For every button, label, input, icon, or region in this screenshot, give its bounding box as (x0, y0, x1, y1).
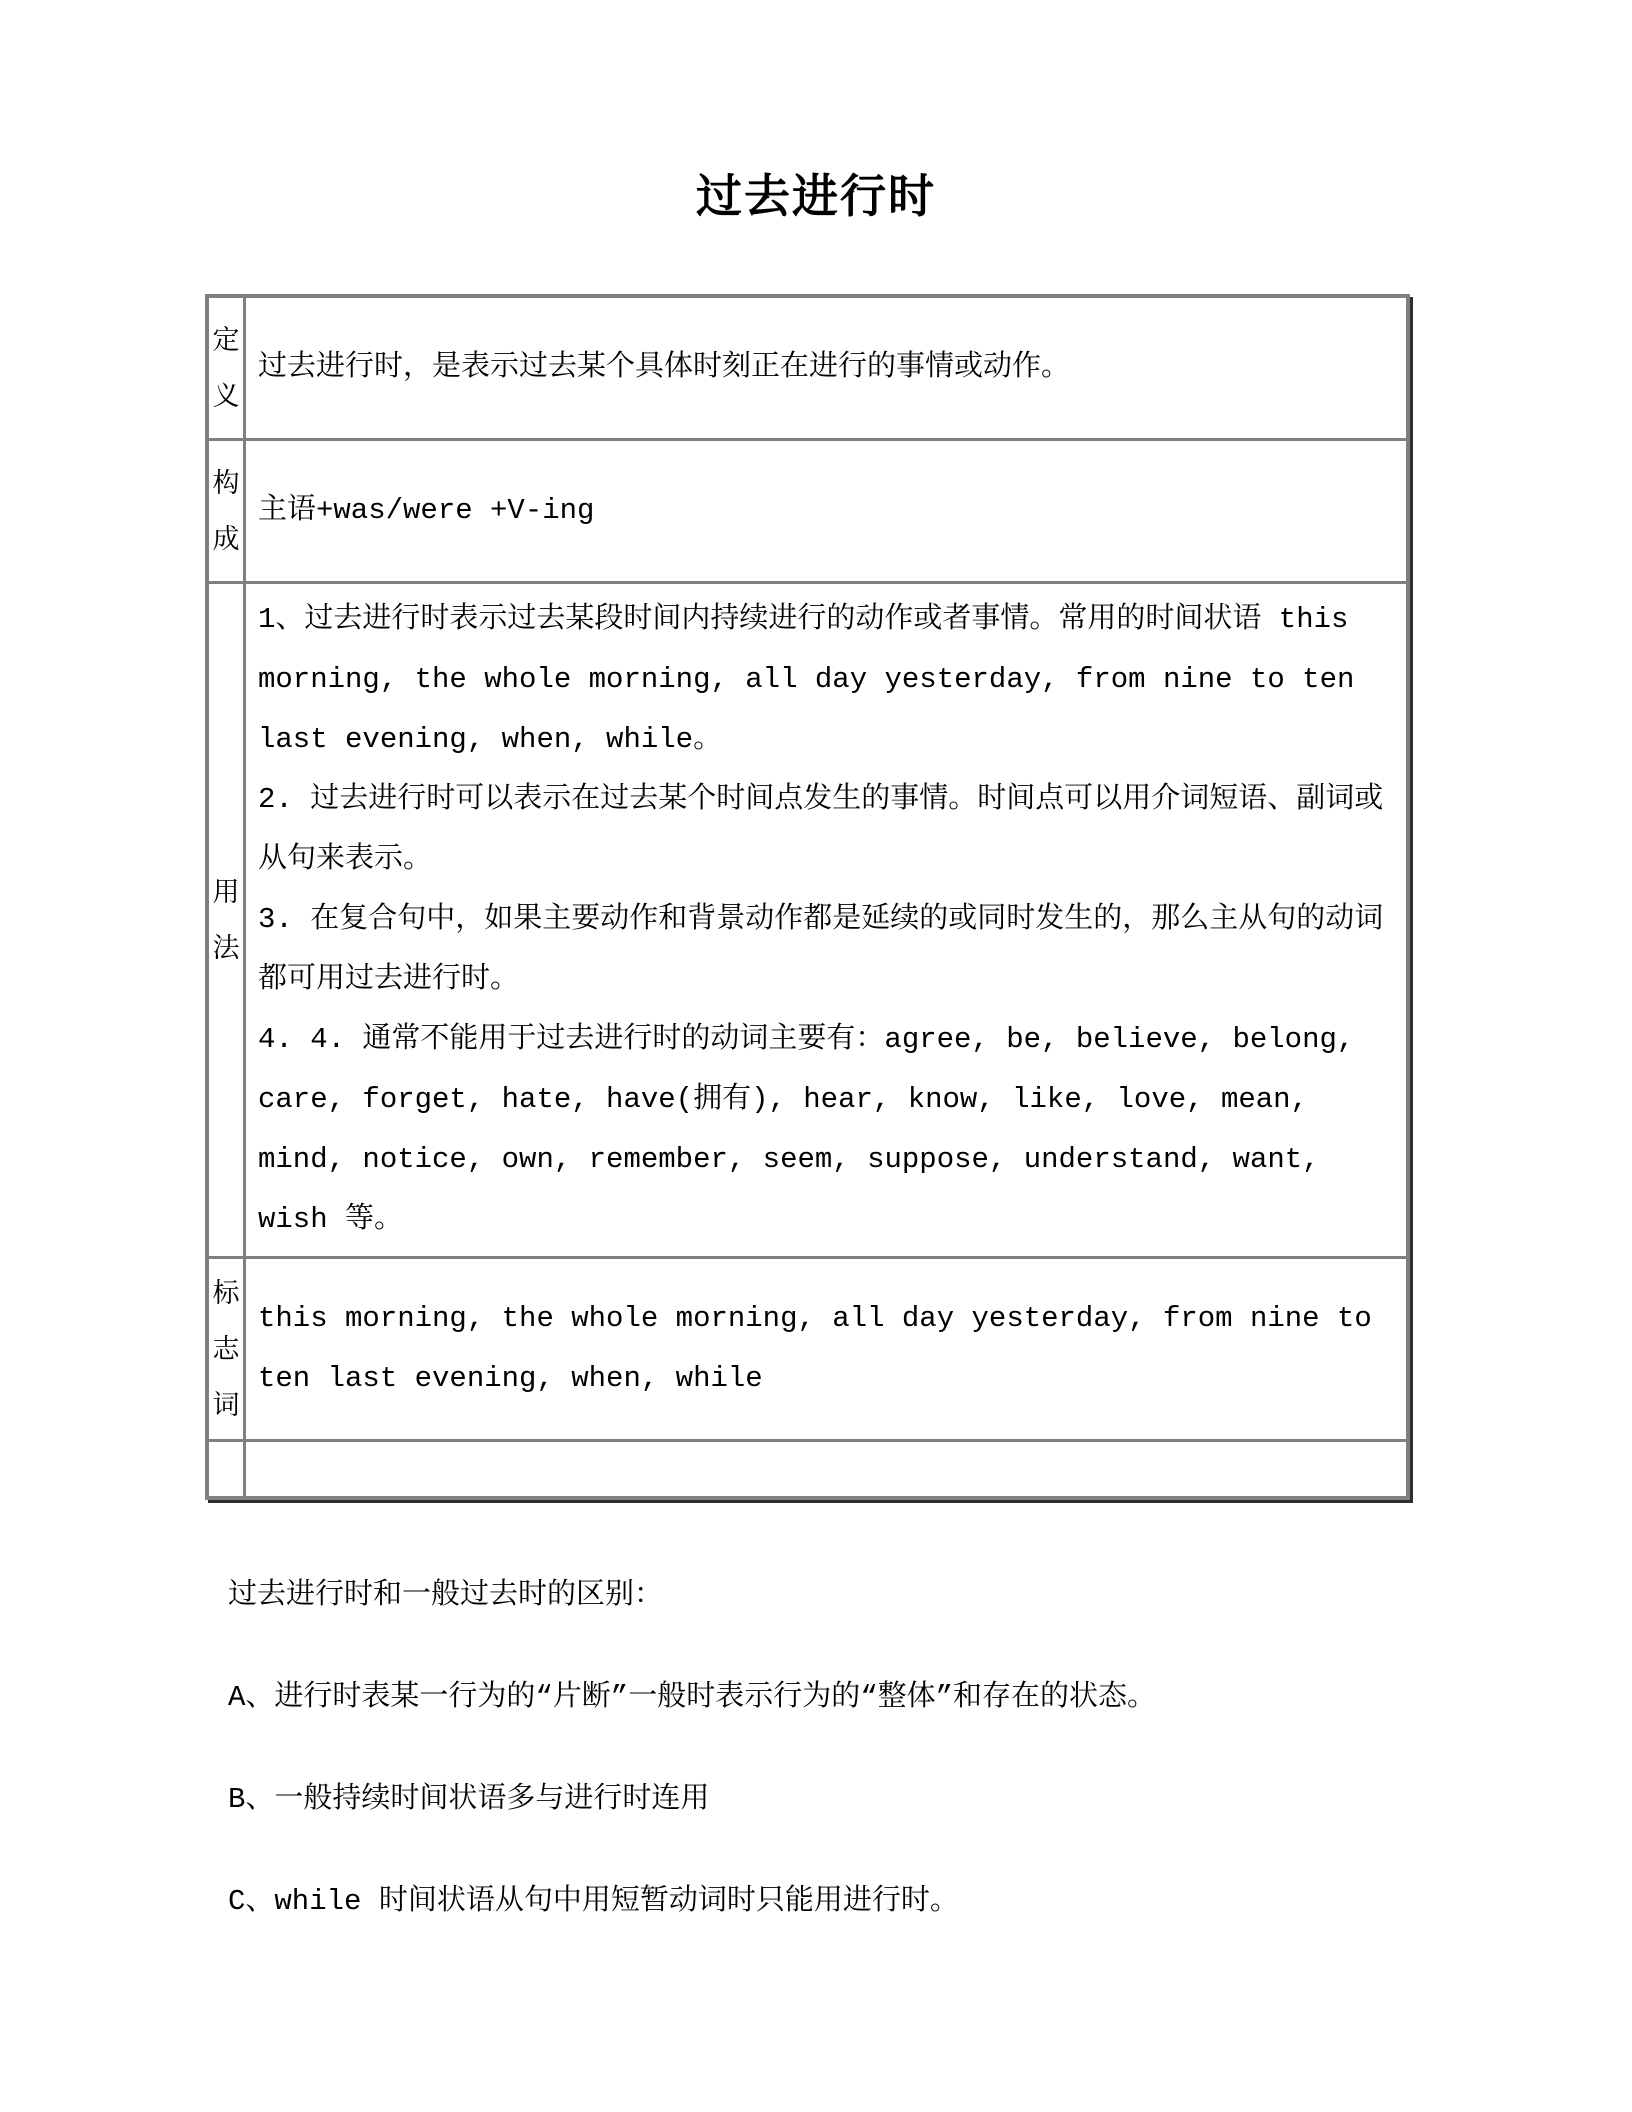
table-row-empty (207, 1441, 1408, 1499)
usage-point-4: 4. 4. 通常不能用于过去进行时的动词主要有：agree, be, belie… (258, 1010, 1394, 1250)
paragraph: 主语+was/were +V-ing (258, 481, 1394, 541)
note-item-b: B、一般持续时间状语多与进行时连用 (228, 1770, 1408, 1830)
table-row-definition: 定义 过去进行时，是表示过去某个具体时刻正在进行的事情或动作。 (207, 296, 1408, 440)
structure-label: 构成 (207, 440, 245, 583)
notes-section: 过去进行时和一般过去时的区别： A、进行时表某一行为的“片断”一般时表示行为的“… (228, 1566, 1408, 1932)
document-page: 过去进行时 定义 过去进行时，是表示过去某个具体时刻正在进行的事情或动作。 构成… (0, 0, 1632, 2112)
usage-point-1: 1、过去进行时表示过去某段时间内持续进行的动作或者事情。常用的时间状语 this… (258, 590, 1394, 770)
markers-label: 标志词 (207, 1258, 245, 1441)
table-row-markers: 标志词 this morning, the whole morning, all… (207, 1258, 1408, 1441)
note-item-c: C、while 时间状语从句中用短暂动词时只能用进行时。 (228, 1872, 1408, 1932)
structure-content: 主语+was/were +V-ing (245, 440, 1409, 583)
table-row-usage: 用法 1、过去进行时表示过去某段时间内持续进行的动作或者事情。常用的时间状语 t… (207, 583, 1408, 1258)
usage-point-3: 3. 在复合句中，如果主要动作和背景动作都是延续的或同时发生的，那么主从句的动词… (258, 890, 1394, 1010)
notes-heading: 过去进行时和一般过去时的区别： (228, 1566, 1408, 1626)
paragraph: 过去进行时，是表示过去某个具体时刻正在进行的事情或动作。 (258, 338, 1394, 398)
usage-content: 1、过去进行时表示过去某段时间内持续进行的动作或者事情。常用的时间状语 this… (245, 583, 1409, 1258)
note-item-a: A、进行时表某一行为的“片断”一般时表示行为的“整体”和存在的状态。 (228, 1668, 1408, 1728)
page-title: 过去进行时 (0, 0, 1632, 226)
paragraph: this morning, the whole morning, all day… (258, 1289, 1394, 1409)
empty-label-cell (207, 1441, 245, 1499)
grammar-table-wrapper: 定义 过去进行时，是表示过去某个具体时刻正在进行的事情或动作。 构成 主语+wa… (205, 294, 1410, 1500)
empty-content-cell (245, 1441, 1409, 1499)
usage-point-2: 2. 过去进行时可以表示在过去某个时间点发生的事情。时间点可以用介词短语、副词或… (258, 770, 1394, 890)
table-row-structure: 构成 主语+was/were +V-ing (207, 440, 1408, 583)
definition-label: 定义 (207, 296, 245, 440)
grammar-table: 定义 过去进行时，是表示过去某个具体时刻正在进行的事情或动作。 构成 主语+wa… (205, 294, 1410, 1500)
definition-content: 过去进行时，是表示过去某个具体时刻正在进行的事情或动作。 (245, 296, 1409, 440)
usage-label: 用法 (207, 583, 245, 1258)
markers-content: this morning, the whole morning, all day… (245, 1258, 1409, 1441)
